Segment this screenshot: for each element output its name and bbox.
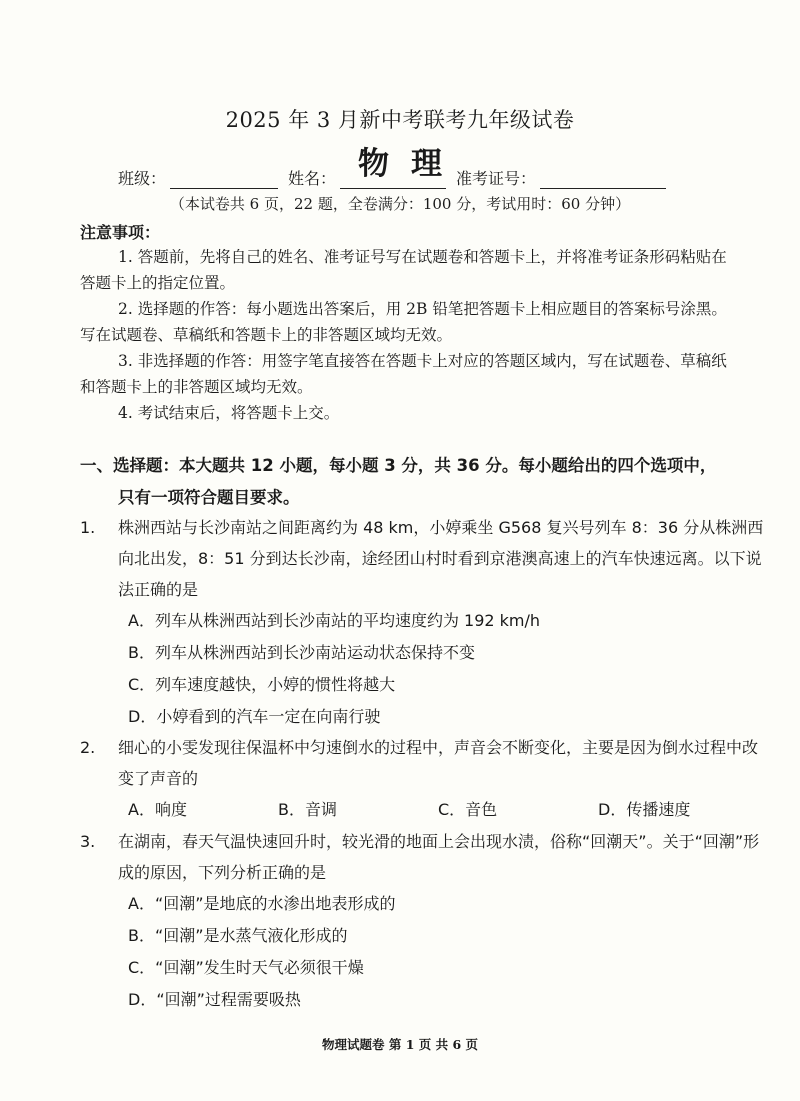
question-number: 1. xyxy=(80,512,112,543)
name-label: 姓名： xyxy=(288,166,336,189)
option-c[interactable]: C．“回潮”发生时天气必须很干燥 xyxy=(80,952,770,984)
option-b[interactable]: B．音调 xyxy=(278,794,438,826)
option-d[interactable]: D．传播速度 xyxy=(598,794,748,826)
page-footer: 物理试题卷 第 1 页 共 6 页 xyxy=(0,1035,800,1053)
class-field[interactable] xyxy=(170,174,278,189)
notice-list: 1. 答题前，先将自己的姓名、准考证号写在试题卷和答题卡上，并将准考证条形码粘贴… xyxy=(80,244,730,426)
option-b[interactable]: B．“回潮”是水蒸气液化形成的 xyxy=(80,920,770,952)
option-c[interactable]: C．音色 xyxy=(438,794,598,826)
question-2: 2. 细心的小雯发现往保温杯中匀速倒水的过程中，声音会不断变化，主要是因为倒水过… xyxy=(80,732,770,826)
option-d[interactable]: D．“回潮”过程需要吸热 xyxy=(80,984,770,1016)
options-row: A．响度 B．音调 C．音色 D．传播速度 xyxy=(80,794,770,826)
exam-page: 2025 年 3 月新中考联考九年级试卷 物理 班级： 姓名： 准考证号： （本… xyxy=(0,0,800,1101)
section-heading: 一、选择题：本大题共 12 小题，每小题 3 分，共 36 分。每小题给出的四个… xyxy=(80,450,760,514)
notice-item: 3. 非选择题的作答：用签字笔直接答在答题卡上对应的答题区域内，写在试题卷、草稿… xyxy=(80,348,730,400)
option-a[interactable]: A．“回潮”是地底的水渗出地表形成的 xyxy=(80,888,770,920)
exam-meta: （本试卷共 6 页，22 题，全卷满分：100 分，考试用时：60 分钟） xyxy=(0,193,800,214)
exam-title: 2025 年 3 月新中考联考九年级试卷 xyxy=(0,104,800,134)
option-c[interactable]: C．列车速度越快，小婷的惯性将越大 xyxy=(80,669,770,701)
notice-item: 4. 考试结束后，将答题卡上交。 xyxy=(80,400,730,426)
question-3: 3. 在湖南，春天气温快速回升时，较光滑的地面上会出现水渍，俗称“回潮天”。关于… xyxy=(80,826,770,1016)
exam-id-label: 准考证号： xyxy=(456,166,536,189)
question-stem: 株洲西站与长沙南站之间距离约为 48 km，小婷乘坐 G568 复兴号列车 8：… xyxy=(80,512,770,605)
exam-id-field[interactable] xyxy=(540,174,666,189)
option-a[interactable]: A．列车从株洲西站到长沙南站的平均速度约为 192 km/h xyxy=(80,605,770,637)
question-1: 1. 株洲西站与长沙南站之间距离约为 48 km，小婷乘坐 G568 复兴号列车… xyxy=(80,512,770,733)
notice-item: 2. 选择题的作答：每小题选出答案后，用 2B 铅笔把答题卡上相应题目的答案标号… xyxy=(80,296,730,348)
name-field[interactable] xyxy=(340,174,446,189)
section-heading-line1: 一、选择题：本大题共 12 小题，每小题 3 分，共 36 分。每小题给出的四个… xyxy=(80,456,716,475)
student-info-row: 班级： 姓名： 准考证号： xyxy=(118,166,676,189)
question-number: 3. xyxy=(80,826,112,857)
option-a[interactable]: A．响度 xyxy=(128,794,278,826)
class-label: 班级： xyxy=(118,166,166,189)
section-heading-line2: 只有一项符合题目要求。 xyxy=(80,482,760,514)
option-d[interactable]: D．小婷看到的汽车一定在向南行驶 xyxy=(80,701,770,733)
option-b[interactable]: B．列车从株洲西站到长沙南站运动状态保持不变 xyxy=(80,637,770,669)
question-number: 2. xyxy=(80,732,112,763)
notice-item: 1. 答题前，先将自己的姓名、准考证号写在试题卷和答题卡上，并将准考证条形码粘贴… xyxy=(80,244,730,296)
notice-heading: 注意事项： xyxy=(80,220,160,243)
question-stem: 在湖南，春天气温快速回升时，较光滑的地面上会出现水渍，俗称“回潮天”。关于“回潮… xyxy=(80,826,770,888)
question-stem: 细心的小雯发现往保温杯中匀速倒水的过程中，声音会不断变化，主要是因为倒水过程中改… xyxy=(80,732,770,794)
